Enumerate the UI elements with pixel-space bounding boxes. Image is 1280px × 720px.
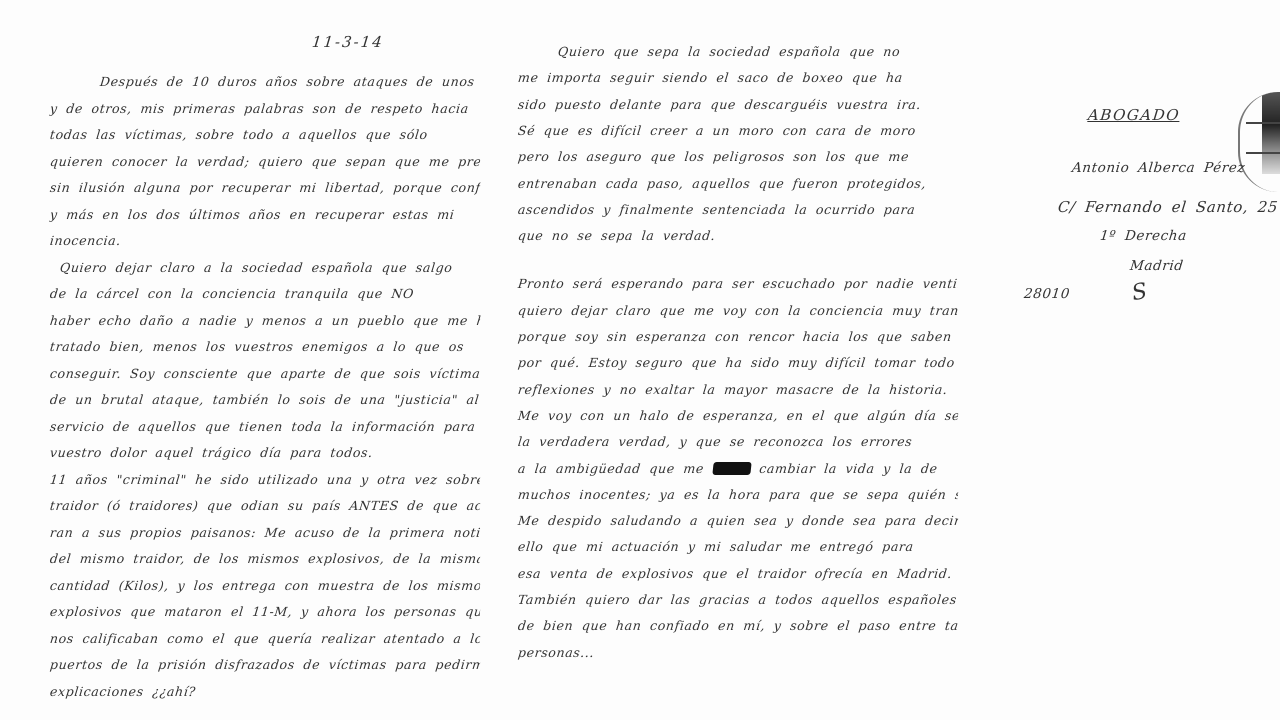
handwritten-line: Quiero que sepa la sociedad española que…: [557, 44, 959, 59]
handwritten-line: de bien que han confiado en mí, y sobre …: [517, 618, 959, 633]
right-letter-page: Quiero que sepa la sociedad española que…: [500, 0, 980, 720]
handwritten-line: tratado bien, menos los vuestros enemigo…: [49, 339, 481, 354]
handwritten-line: por qué. Estoy seguro que ha sido muy di…: [517, 355, 959, 370]
handwritten-line: cantidad (Kilos), y los entrega con mues…: [49, 578, 481, 593]
floor: 1º Derecha: [1099, 228, 1187, 244]
handwritten-line: entrenaban cada paso, aquellos que fuero…: [517, 176, 959, 191]
street-address: C/ Fernando el Santo, 25: [1057, 198, 1279, 216]
handwritten-line: personas...: [517, 645, 959, 660]
handwritten-line: Después de 10 duros años sobre ataques d…: [99, 74, 481, 89]
handwritten-line: que no se sepa la verdad.: [517, 228, 959, 243]
lawyer-heading: ABOGADO: [1087, 106, 1181, 124]
redaction-block: [712, 462, 751, 475]
handwritten-line: explicaciones ¿¿ahí?: [49, 684, 481, 699]
handwritten-line: y de otros, mis primeras palabras son de…: [49, 101, 481, 116]
letter-date: 11-3-14: [311, 33, 385, 51]
handwritten-line: sin ilusión alguna por recuperar mi libe…: [49, 180, 481, 195]
handwritten-line: También quiero dar las gracias a todos a…: [517, 592, 959, 607]
handwritten-line: ran a sus propios paisanos: Me acuso de …: [49, 525, 481, 540]
handwritten-line: Me despido saludando a quien sea y donde…: [517, 513, 959, 528]
handwritten-line: ascendidos y finalmente sentenciada la o…: [517, 202, 959, 217]
handwritten-line: puertos de la prisión disfrazados de víc…: [49, 657, 481, 672]
handwritten-line: quieren conocer la verdad; quiero que se…: [49, 154, 481, 169]
left-letter-page: 11-3-14 Después de 10 duros años sobre a…: [0, 0, 500, 720]
handwritten-line: inocencia.: [49, 233, 481, 248]
handwritten-line: todas las víctimas, sobre todo a aquello…: [49, 127, 481, 142]
handwritten-line: esa venta de explosivos que el traidor o…: [517, 566, 959, 581]
city: Madrid: [1129, 258, 1184, 274]
handwritten-line: sido puesto delante para que descarguéis…: [517, 97, 959, 112]
handwritten-line: muchos inocentes; ya es la hora para que…: [517, 487, 959, 502]
handwritten-line: quiero dejar claro que me voy con la con…: [517, 303, 959, 318]
handwritten-line: conseguir. Soy consciente que aparte de …: [49, 366, 481, 381]
addressee-name: Antonio Alberca Pérez: [1071, 160, 1246, 176]
handwritten-line: vuestro dolor aquel trágico día para tod…: [49, 445, 481, 460]
handwritten-line: del mismo traidor, de los mismos explosi…: [49, 551, 481, 566]
handwritten-line: pero los aseguro que los peligrosos son …: [517, 149, 959, 164]
handwritten-line: Me voy con un halo de esperanza, en el q…: [517, 408, 959, 423]
handwritten-line: de la cárcel con la conciencia tranquila…: [49, 286, 481, 301]
handwritten-line: la verdadera verdad, y que se reconozca …: [517, 434, 959, 449]
postal-code: 28010: [1023, 286, 1071, 302]
handwritten-line: nos calificaban como el que quería reali…: [49, 631, 481, 646]
signature-mark: S: [1130, 279, 1150, 306]
handwritten-line: reflexiones y no exaltar la mayor masacr…: [517, 382, 959, 397]
handwritten-line: explosivos que mataron el 11-M, y ahora …: [49, 604, 481, 619]
handwritten-line: Pronto será esperando para ser escuchado…: [517, 276, 959, 291]
handwritten-line: de un brutal ataque, también lo sois de …: [49, 392, 481, 407]
handwritten-line: porque soy sin esperanza con rencor haci…: [517, 329, 959, 344]
handwritten-line: Sé que es difícil creer a un moro con ca…: [517, 123, 959, 138]
handwritten-line: haber echo daño a nadie y menos a un pue…: [49, 313, 481, 328]
handwritten-line: me importa seguir siendo el saco de boxe…: [517, 70, 959, 85]
handwritten-line: a la ambigüedad que me cambiar la vida y…: [517, 461, 959, 476]
envelope-address: ABOGADO Antonio Alberca Pérez C/ Fernand…: [980, 0, 1280, 720]
handwritten-line: servicio de aquellos que tienen toda la …: [49, 419, 481, 434]
handwritten-line: ello que mi actuación y mi saludar me en…: [517, 539, 959, 554]
postage-stamp-icon: [1238, 92, 1280, 192]
handwritten-line: traidor (ó traidores) que odian su país …: [49, 498, 481, 513]
handwritten-line: Quiero dejar claro a la sociedad español…: [59, 260, 481, 275]
handwritten-line: y más en los dos últimos años en recuper…: [49, 207, 481, 222]
handwritten-line: 11 años "criminal" he sido utilizado una…: [49, 472, 481, 487]
